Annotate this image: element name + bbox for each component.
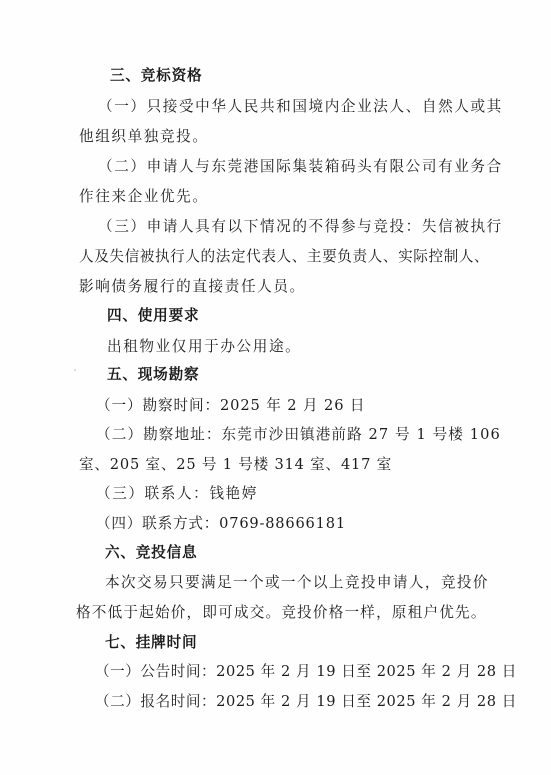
qualification-item-1-line2: 他组织单独竞投。 [79, 127, 209, 147]
qualification-item-2-line2: 作往来企业优先。 [79, 187, 209, 207]
contact-phone: （四）联系方式：0769-88666181 [96, 514, 346, 534]
section-heading-qualifications: 三、竞标资格 [110, 66, 202, 86]
inspection-time: （一）勘察时间：2025 年 2 月 26 日 [96, 396, 365, 416]
registration-period: （二）报名时间：2025 年 2 月 19 日至 2025 年 2 月 28 日 [95, 692, 517, 712]
bidding-info-line1: 本次交易只要满足一个或一个以上竞投申请人，竞投价 [105, 573, 489, 593]
qualification-item-1-line1: （一）只接受中华人民共和国境内企业法人、自然人或其 [98, 97, 503, 117]
bidding-info-line2: 格不低于起始价，即可成交。竞投价格一样，原租户优先。 [76, 603, 487, 623]
qualification-item-3-line1: （三）申请人具有以下情况的不得参与竞投：失信被执行 [98, 217, 503, 237]
qualification-item-3-line2: 人及失信被执行人的法定代表人、主要负责人、实际控制人、 [79, 247, 489, 267]
document-page: 三、竞标资格 （一）只接受中华人民共和国境内企业法人、自然人或其 他组织单独竞投… [0, 0, 551, 775]
contact-person: （三）联系人：钱艳婷 [96, 484, 258, 504]
section-heading-site-inspection: 五、现场勘察 [107, 365, 199, 385]
announcement-period: （一）公告时间：2025 年 2 月 19 日至 2025 年 2 月 28 日 [95, 662, 517, 682]
scan-speck [74, 369, 76, 371]
inspection-address-line2: 室、205 室、25 号 1 号楼 314 室、417 室 [79, 455, 392, 475]
qualification-item-3-line3: 影响债务履行的直接责任人员。 [79, 277, 306, 297]
inspection-address-line1: （二）勘察地址：东莞市沙田镇港前路 27 号 1 号楼 106 [96, 425, 501, 445]
section-heading-listing-period: 七、挂牌时间 [105, 633, 197, 653]
qualification-item-2-line1: （二）申请人与东莞港国际集装箱码头有限公司有业务合 [98, 157, 503, 177]
section-heading-bidding-info: 六、竞投信息 [105, 543, 197, 563]
usage-requirement-text: 出租物业仅用于办公用途。 [107, 337, 301, 357]
section-heading-usage-requirements: 四、使用要求 [107, 306, 199, 326]
